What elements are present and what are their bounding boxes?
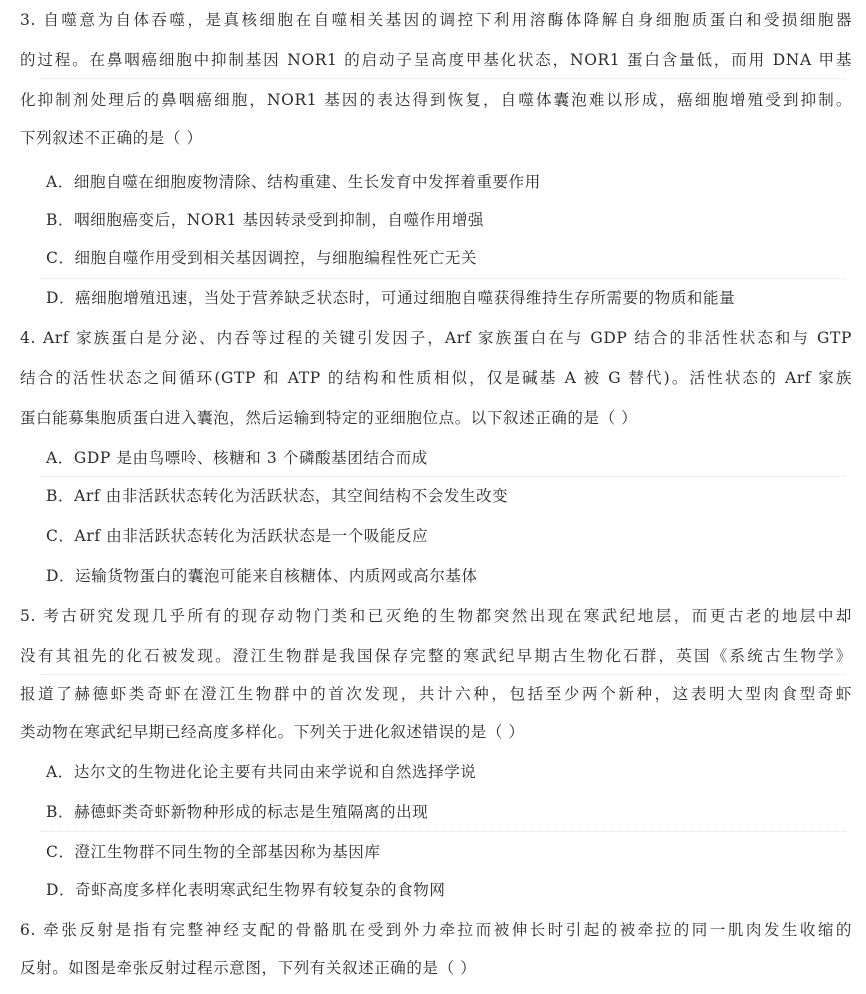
question-3-stem-line-1: 3. 自噬意为自体吞噬，是真核细胞在自噬相关基因的调控下利用溶酶体降解自身细胞质… [20,8,852,32]
question-5-option-d: D．奇虾高度多样化表明寒武纪生物界有较复杂的食物网 [46,878,852,902]
divider [40,476,846,477]
question-6-stem-line-1: 6. 牵张反射是指有完整神经支配的骨骼肌在受到外力牵拉而被伸长时引起的被牵拉的同… [20,918,852,942]
divider [40,674,846,675]
question-3-option-c: C．细胞自噬作用受到相关基因调控，与细胞编程性死亡无关 [46,246,852,270]
question-4-option-a: A．GDP 是由鸟嘌呤、核糖和 3 个磷酸基团结合而成 [46,446,852,470]
question-3-stem-line-3: 化抑制剂处理后的鼻咽癌细胞，NOR1 基因的表达得到恢复，自噬体囊泡难以形成，癌… [20,88,852,112]
question-5-stem-line-2: 没有其祖先的化石被发现。澄江生物群是我国保存完整的寒武纪早期古生物化石群，英国《… [20,644,852,668]
question-4-option-c: C．Arf 由非活跃状态转化为活跃状态是一个吸能反应 [46,524,852,548]
divider [40,831,846,832]
question-5-stem-line-1: 5. 考古研究发现几乎所有的现存动物门类和已灭绝的生物都突然出现在寒武纪地层，而… [20,604,852,628]
question-3-stem-line-2: 的过程。在鼻咽癌细胞中抑制基因 NOR1 的启动子呈高度甲基化状态，NOR1 蛋… [20,48,852,72]
question-5-stem-line-3: 报道了赫德虾类奇虾在澄江生物群中的首次发现，共计六种，包括至少两个新种，这表明大… [20,682,852,706]
question-3-option-a: A．细胞自噬在细胞废物清除、结构重建、生长发育中发挥着重要作用 [46,170,852,194]
question-5-stem-line-4: 类动物在寒武纪早期已经高度多样化。下列关于进化叙述错误的是（ ） [20,720,852,744]
divider [40,78,846,79]
question-3-stem-line-4: 下列叙述不正确的是（ ） [20,126,852,150]
question-4-stem-line-3: 蛋白能募集胞质蛋白进入囊泡，然后运输到特定的亚细胞位点。以下叙述正确的是（ ） [20,406,852,430]
divider [40,278,846,279]
question-4-stem-line-2: 结合的活性状态之间循环(GTP 和 ATP 的结构和性质相似，仅是碱基 A 被 … [20,366,852,390]
question-5-option-b: B．赫德虾类奇虾新物种形成的标志是生殖隔离的出现 [46,800,852,824]
question-6-stem-line-2: 反射。如图是牵张反射过程示意图，下列有关叙述正确的是（ ） [20,956,852,980]
question-4-option-d: D．运输货物蛋白的囊泡可能来自核糖体、内质网或高尔基体 [46,564,852,588]
question-4-option-b: B．Arf 由非活跃状态转化为活跃状态，其空间结构不会发生改变 [46,484,852,508]
question-5-option-c: C．澄江生物群不同生物的全部基因称为基因库 [46,840,852,864]
question-3-option-d: D．癌细胞增殖迅速，当处于营养缺乏状态时，可通过细胞自噬获得维持生存所需要的物质… [46,286,852,310]
question-4-stem-line-1: 4. Arf 家族蛋白是分泌、内吞等过程的关键引发因子，Arf 家族蛋白在与 G… [20,326,852,350]
question-3-option-b: B．咽细胞癌变后，NOR1 基因转录受到抑制，自噬作用增强 [46,208,852,232]
question-5-option-a: A．达尔文的生物进化论主要有共同由来学说和自然选择学说 [46,760,852,784]
